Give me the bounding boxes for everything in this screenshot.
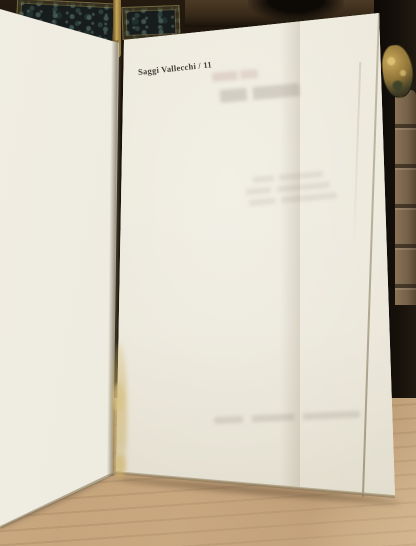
photo-open-book-on-shelf: Saggi Vallecchi / 11 <box>0 0 416 546</box>
marbled-book-cover-right <box>121 5 180 40</box>
gutter-stain-blob <box>113 383 124 413</box>
leather-book-spine <box>395 90 416 305</box>
gutter-stain-bottom <box>114 455 126 477</box>
